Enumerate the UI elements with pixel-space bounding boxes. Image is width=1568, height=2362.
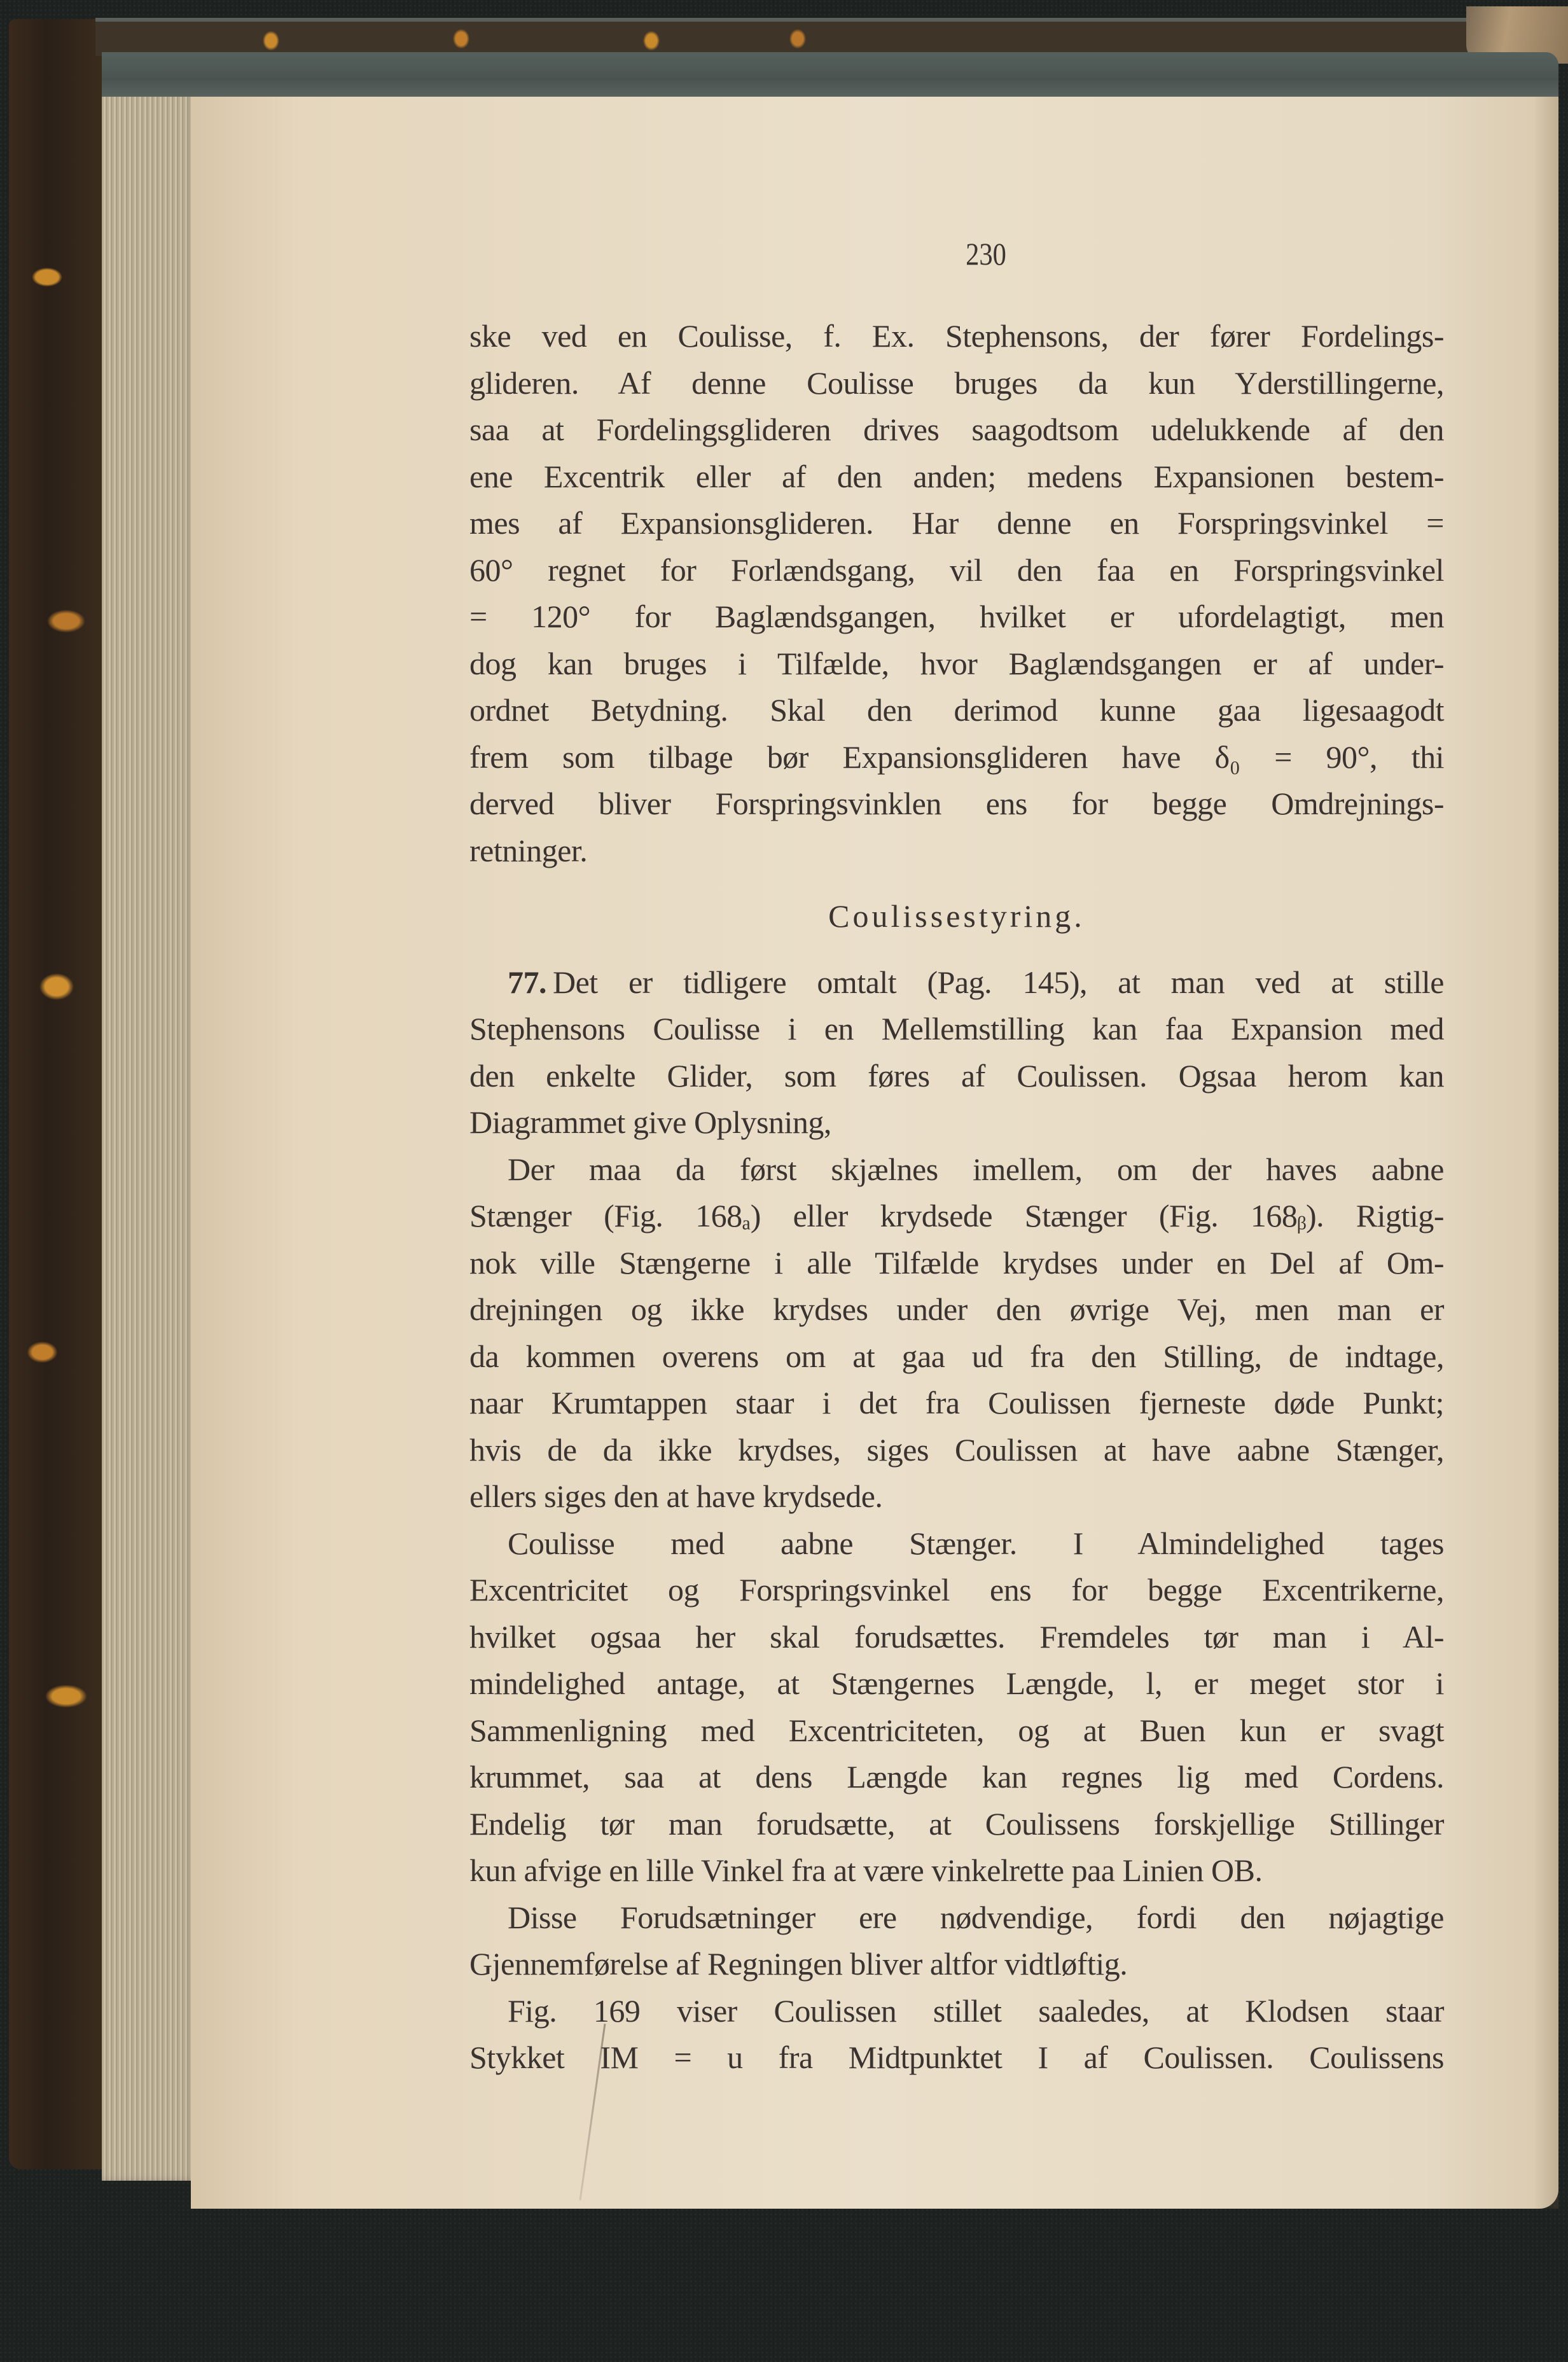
text-line: Sammenligning med Excentriciteten, og at… xyxy=(469,1707,1444,1754)
text-line: saa at Fordelingsglideren drives saagodt… xyxy=(469,406,1444,454)
text-line: Gjennemførelse af Regningen bliver altfo… xyxy=(469,1941,1444,1988)
text-line-content: Det er tidligere omtalt (Pag. 145), at m… xyxy=(553,964,1444,1000)
text-line: ske ved en Coulisse, f. Ex. Stephensons,… xyxy=(469,313,1444,360)
text-line: Der maa da først skjælnes imellem, om de… xyxy=(469,1146,1444,1193)
text-line: dog kan bruges i Tilfælde, hvor Baglænds… xyxy=(469,641,1444,688)
text-line: mes af Expansionsglideren. Har denne en … xyxy=(469,500,1444,547)
text-line: kun afvige en lille Vinkel fra at være v… xyxy=(469,1847,1444,1894)
text-line: = 120° for Baglændsgangen, hvilket er uf… xyxy=(469,594,1444,641)
text-line: hvilket ogsaa her skal forudsættes. Frem… xyxy=(469,1614,1444,1661)
page-body: ske ved en Coulisse, f. Ex. Stephensons,… xyxy=(469,313,1444,2081)
text-line: glideren. Af denne Coulisse bruges da ku… xyxy=(469,360,1444,407)
text-line: 77.Det er tidligere omtalt (Pag. 145), a… xyxy=(469,959,1444,1006)
page-gutter-shadow xyxy=(1533,97,1558,2209)
text-line: da kommen overens om at gaa ud fra den S… xyxy=(469,1333,1444,1380)
text-line: derved bliver Forspringsvinklen ens for … xyxy=(469,781,1444,828)
text-line: Stykket IM = u fra Midtpunktet I af Coul… xyxy=(469,2034,1444,2081)
text-line: den enkelte Glider, som føres af Couliss… xyxy=(469,1053,1444,1100)
text-line: Fig. 169 viser Coulissen stillet saalede… xyxy=(469,1988,1444,2035)
text-line: Excentricitet og Forspringsvinkel ens fo… xyxy=(469,1567,1444,1614)
text-line: Coulisse med aabne Stænger. I Almindelig… xyxy=(469,1520,1444,1567)
text-line: drejningen og ikke krydses under den øvr… xyxy=(469,1286,1444,1333)
text-line: Stephensons Coulisse i en Mellemstilling… xyxy=(469,1006,1444,1053)
page-number: 230 xyxy=(932,235,1040,272)
section-heading: Coulissestyring. xyxy=(469,893,1444,940)
text-line: retninger. xyxy=(469,828,1444,875)
text-line: krummet, saa at dens Længde kan regnes l… xyxy=(469,1754,1444,1801)
text-line: Disse Forudsætninger ere nødvendige, for… xyxy=(469,1894,1444,1942)
text-line: Stænger (Fig. 168ₐ) eller krydsede Stæng… xyxy=(469,1193,1444,1240)
text-line: ene Excentrik eller af den anden; medens… xyxy=(469,454,1444,501)
text-line: mindelighed antage, at Stængernes Længde… xyxy=(469,1660,1444,1707)
text-line: 60° regnet for Forlændsgang, vil den faa… xyxy=(469,547,1444,594)
marbled-cover-left xyxy=(9,19,104,2169)
page-stack-edge-top xyxy=(102,52,1558,97)
marbled-cover-top xyxy=(95,18,1558,56)
text-line: naar Krumtappen staar i det fra Coulisse… xyxy=(469,1380,1444,1427)
text-line: frem som tilbage bør Expansionsglideren … xyxy=(469,734,1444,781)
section-number: 77. xyxy=(508,964,546,1000)
text-line: nok ville Stængerne i alle Tilfælde kryd… xyxy=(469,1240,1444,1287)
text-line: Diagrammet give Oplysning, xyxy=(469,1099,1444,1146)
text-line: hvis de da ikke krydses, siges Coulissen… xyxy=(469,1427,1444,1474)
text-line: Endelig tør man forudsætte, at Coulissen… xyxy=(469,1801,1444,1848)
page-stack-edge-left xyxy=(102,56,197,2181)
text-line: ordnet Betydning. Skal den derimod kunne… xyxy=(469,687,1444,734)
text-line: ellers siges den at have krydsede. xyxy=(469,1473,1444,1520)
